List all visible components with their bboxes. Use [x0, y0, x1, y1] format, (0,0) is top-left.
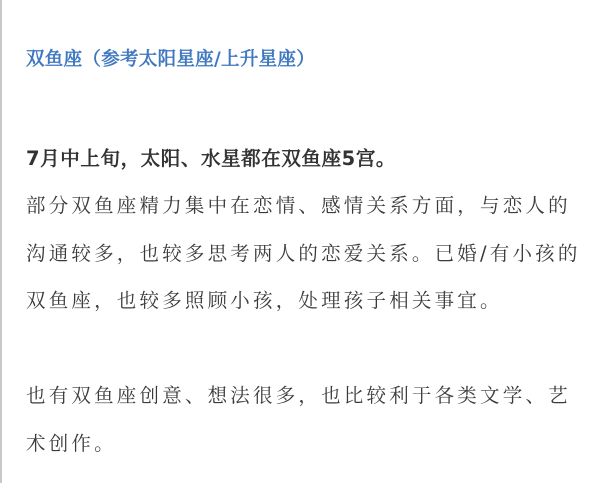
section-subheading: 7月中上旬，太阳、水星都在双鱼座5宫。 — [26, 145, 396, 173]
left-border-divider — [0, 0, 2, 483]
section-title: 双鱼座（参考太阳星座/上升星座） — [26, 47, 315, 73]
paragraph-relationships: 部分双鱼座精力集中在恋情、感情关系方面，与恋人的沟通较多，也较多思考两人的恋爱关… — [26, 182, 586, 325]
paragraph-creativity: 也有双鱼座创意、想法很多，也比较利于各类文学、艺术创作。 — [26, 372, 586, 467]
